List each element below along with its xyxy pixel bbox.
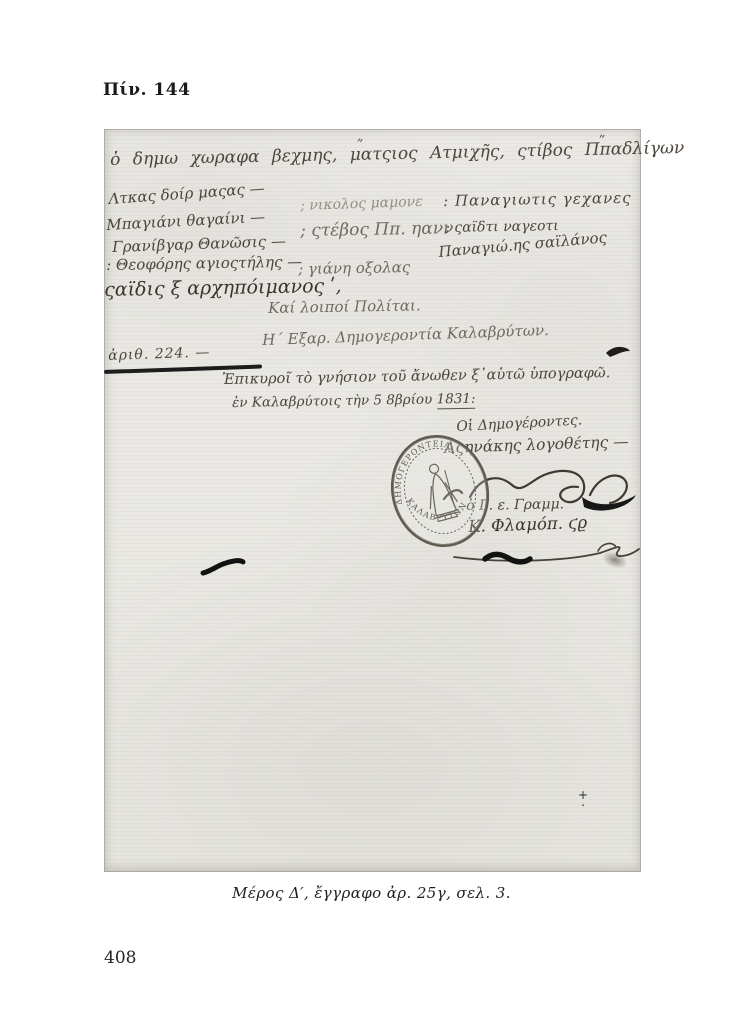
manuscript-line-names-2-left: Λτκας δοίρ μαςας — xyxy=(108,181,265,207)
cross-mark: + . xyxy=(578,792,588,805)
figure-caption: Μέρος Δ′, ἔγγραφο ἀρ. 25γ, σελ. 3. xyxy=(0,884,743,902)
heavy-ink-stroke-right xyxy=(482,549,534,571)
page-number: 408 xyxy=(104,948,136,968)
heavy-ink-stroke-left xyxy=(200,557,246,577)
manuscript-line-other-citizens: Καί λοιποί Πολίται. xyxy=(268,298,421,316)
manuscript-line-names-4-left: Γρανίβγαρ Θανῶσις — xyxy=(112,234,286,255)
scanned-document: ʺ ʺ ὁ δημω χωραφα βεχμης, ματςιος Ατμιχῆ… xyxy=(104,129,641,872)
manuscript-attestation-line-2: ἐν Καλαβρύτοις τὴν 5 8βρίου 1831: xyxy=(232,393,476,411)
manuscript-line-names-6: ςαϊδις ξ αρχηπόιμανος ʹ, xyxy=(104,277,342,300)
manuscript-line-names-2-mid: ; νικολος μαμονε xyxy=(300,195,423,213)
manuscript-attestation-line-1: Ἐπικυροῖ τὸ γνήσιον τοῦ ἄνωθεν ξ᾽αὑτῶ ὑπ… xyxy=(222,366,610,387)
book-page: { "page": { "plate_label": "Πίν. 144", "… xyxy=(0,0,743,1027)
manuscript-line-names-1: ὁ δημω χωραφα βεχμης, ματςιος Ατμιχῆς, ς… xyxy=(110,140,684,169)
manuscript-line-names-2-right: : Παναγιωτις γεχανες xyxy=(443,191,632,209)
ink-blot xyxy=(604,343,632,361)
manuscript-protocol-number: ἀριθ. 224. — xyxy=(108,345,211,363)
manuscript-line-names-3-mid: ; ςτέβος Ππ. ηανν xyxy=(300,220,454,240)
attestation-date-text: ἐν Καλαβρύτοις τὴν 5 8βρίου xyxy=(232,391,437,411)
attestation-year: 1831: xyxy=(436,391,475,410)
manuscript-line-names-5-left: : Θεοφόρης αγιοςτήλης — xyxy=(106,255,302,273)
manuscript-line-names-3-left: Μπαγιάνι θαγαίνι — xyxy=(106,210,266,233)
manuscript-line-names-3-right: ; ςαϊδτι ναγεοτι xyxy=(445,219,559,235)
manuscript-heading-demogerontia: Η΄ Εξαρ. Δημογεροντία Καλαβρύτων. xyxy=(262,323,549,348)
plate-label: Πίν. 144 xyxy=(103,80,190,100)
